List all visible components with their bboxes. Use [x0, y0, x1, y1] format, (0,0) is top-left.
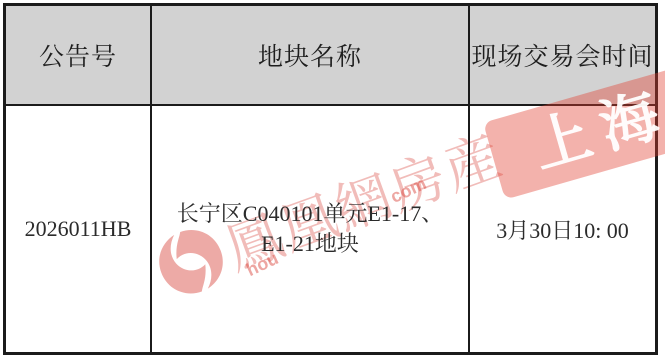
page: 鳳凰網房産 hou com 公告号 地块名称 现场交易会时间 2026011HB… — [0, 0, 665, 361]
plot-name-line1: 长宁区C040101单元E1-17、 — [177, 199, 443, 229]
plot-name-line2: E1-21地块 — [261, 229, 359, 259]
header-trade-time: 现场交易会时间 — [470, 6, 655, 106]
cell-plot-name: 长宁区C040101单元E1-17、 E1-21地块 — [152, 106, 470, 352]
header-plot-name: 地块名称 — [152, 6, 470, 106]
land-auction-table: 公告号 地块名称 现场交易会时间 2026011HB 长宁区C040101单元E… — [3, 3, 658, 355]
header-announcement-no: 公告号 — [6, 6, 152, 106]
cell-announcement-no: 2026011HB — [6, 106, 152, 352]
cell-trade-time: 3月30日10: 00 — [470, 106, 655, 352]
